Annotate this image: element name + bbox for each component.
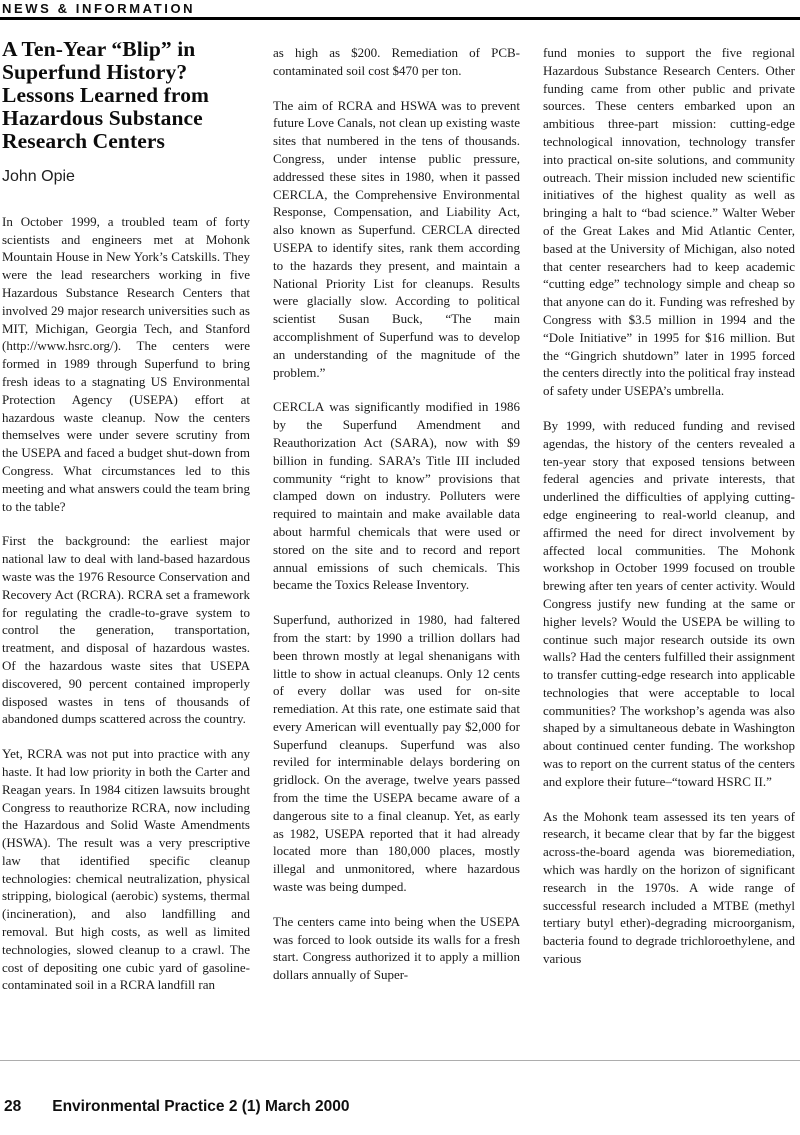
body-paragraph: as high as $200. Remediation of PCB-cont… (273, 44, 520, 80)
article-title-line: Lessons Learned from (2, 84, 250, 107)
body-paragraph: The aim of RCRA and HSWA was to prevent … (273, 97, 520, 382)
page-footer: 28Environmental Practice 2 (1) March 200… (4, 1098, 349, 1116)
section-kicker: NEWS & INFORMATION (2, 1, 195, 16)
article-title-line: Research Centers (2, 130, 250, 153)
article-author: John Opie (2, 168, 250, 186)
body-paragraph: By 1999, with reduced funding and revise… (543, 417, 795, 791)
page-number: 28 (4, 1098, 21, 1116)
header-rule (0, 17, 800, 20)
article-title-line: Superfund History? (2, 61, 250, 84)
body-paragraph: fund monies to support the five regional… (543, 44, 795, 400)
article-title: A Ten-Year “Blip” in Superfund History? … (2, 38, 250, 153)
body-paragraph: First the background: the earliest major… (2, 532, 250, 728)
body-paragraph: CERCLA was significantly modified in 198… (273, 398, 520, 594)
body-paragraph: As the Mohonk team assessed its ten year… (543, 808, 795, 968)
body-paragraph: In October 1999, a troubled team of fort… (2, 213, 250, 516)
body-paragraph: Superfund, authorized in 1980, had falte… (273, 611, 520, 896)
column-1: A Ten-Year “Blip” in Superfund History? … (2, 38, 250, 1011)
body-paragraph: The centers came into being when the USE… (273, 913, 520, 984)
footer-rule (0, 1060, 800, 1061)
article-title-line: A Ten-Year “Blip” in (2, 38, 250, 61)
journal-citation: Environmental Practice 2 (1) March 2000 (52, 1098, 349, 1115)
journal-page: NEWS & INFORMATION A Ten-Year “Blip” in … (0, 0, 800, 1135)
article-title-line: Hazardous Substance (2, 107, 250, 130)
column-3: fund monies to support the five regional… (543, 44, 795, 985)
body-paragraph: Yet, RCRA was not put into practice with… (2, 745, 250, 994)
column-2: as high as $200. Remediation of PCB-cont… (273, 44, 520, 1001)
